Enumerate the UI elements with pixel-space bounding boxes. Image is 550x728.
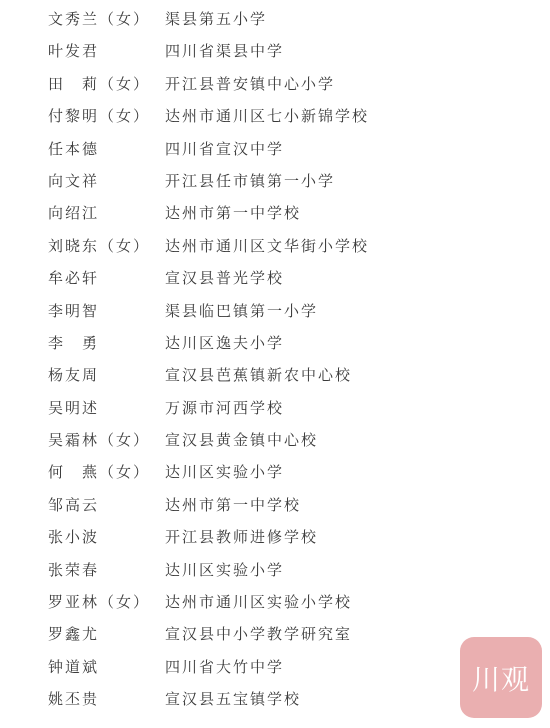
school-name: 达川区实验小学 <box>165 456 284 488</box>
person-name: 牟必轩 <box>48 262 99 294</box>
list-item: 文秀兰（女）渠县第五小学 <box>0 3 550 35</box>
person-name: 叶发君 <box>48 35 99 67</box>
list-item: 李明智渠县临巴镇第一小学 <box>0 295 550 327</box>
school-name: 达川区逸夫小学 <box>165 327 284 359</box>
list-item: 付黎明（女）达州市通川区七小新锦学校 <box>0 100 550 132</box>
person-name: 姚丕贵 <box>48 683 99 715</box>
school-name: 开江县任市镇第一小学 <box>165 165 335 197</box>
list-item: 罗亚林（女）达州市通川区实验小学校 <box>0 586 550 618</box>
person-name: 罗鑫尤 <box>48 618 99 650</box>
list-item: 杨友周宣汉县芭蕉镇新农中心校 <box>0 359 550 391</box>
school-name: 达州市第一中学校 <box>165 197 301 229</box>
person-name: 付黎明（女） <box>48 100 150 132</box>
school-name: 达川区实验小学 <box>165 554 284 586</box>
person-name: 任本德 <box>48 133 99 165</box>
person-name: 杨友周 <box>48 359 99 391</box>
list-item: 何 燕（女）达川区实验小学 <box>0 456 550 488</box>
person-name: 罗亚林（女） <box>48 586 150 618</box>
school-name: 达州市通川区文华街小学校 <box>165 230 369 262</box>
school-name: 宣汉县五宝镇学校 <box>165 683 301 715</box>
person-name: 吴霜林（女） <box>48 424 150 456</box>
person-name: 钟道斌 <box>48 651 99 683</box>
school-name: 四川省大竹中学 <box>165 651 284 683</box>
list-item: 向绍江达州市第一中学校 <box>0 197 550 229</box>
school-name: 宣汉县黄金镇中心校 <box>165 424 318 456</box>
person-name: 李明智 <box>48 295 99 327</box>
school-name: 万源市河西学校 <box>165 392 284 424</box>
person-name: 邹高云 <box>48 489 99 521</box>
school-name: 开江县教师进修学校 <box>165 521 318 553</box>
list-item: 任本德四川省宣汉中学 <box>0 133 550 165</box>
list-item: 吴霜林（女）宣汉县黄金镇中心校 <box>0 424 550 456</box>
list-item: 邹高云达州市第一中学校 <box>0 489 550 521</box>
school-name: 渠县临巴镇第一小学 <box>165 295 318 327</box>
watermark-text: 川观 <box>472 658 530 698</box>
school-name: 达州市通川区实验小学校 <box>165 586 352 618</box>
person-name: 李 勇 <box>48 327 99 359</box>
list-item: 牟必轩宣汉县普光学校 <box>0 262 550 294</box>
school-name: 开江县普安镇中心小学 <box>165 68 335 100</box>
list-item: 刘晓东（女）达州市通川区文华街小学校 <box>0 230 550 262</box>
person-name: 文秀兰（女） <box>48 3 150 35</box>
list-item: 李 勇达川区逸夫小学 <box>0 327 550 359</box>
person-name: 田 莉（女） <box>48 68 150 100</box>
list-item: 张荣春达川区实验小学 <box>0 554 550 586</box>
school-name: 宣汉县芭蕉镇新农中心校 <box>165 359 352 391</box>
person-name: 张小波 <box>48 521 99 553</box>
school-name: 达州市第一中学校 <box>165 489 301 521</box>
list-item: 向文祥开江县任市镇第一小学 <box>0 165 550 197</box>
person-name: 吴明述 <box>48 392 99 424</box>
list-item: 叶发君四川省渠县中学 <box>0 35 550 67</box>
name-list: 文秀兰（女）渠县第五小学 叶发君四川省渠县中学 田 莉（女）开江县普安镇中心小学… <box>0 3 550 716</box>
list-item: 吴明述万源市河西学校 <box>0 392 550 424</box>
school-name: 渠县第五小学 <box>165 3 267 35</box>
person-name: 向文祥 <box>48 165 99 197</box>
school-name: 宣汉县普光学校 <box>165 262 284 294</box>
list-item: 张小波开江县教师进修学校 <box>0 521 550 553</box>
school-name: 宣汉县中小学教学研究室 <box>165 618 352 650</box>
school-name: 四川省渠县中学 <box>165 35 284 67</box>
list-item: 田 莉（女）开江县普安镇中心小学 <box>0 68 550 100</box>
school-name: 四川省宣汉中学 <box>165 133 284 165</box>
person-name: 张荣春 <box>48 554 99 586</box>
person-name: 刘晓东（女） <box>48 230 150 262</box>
chuanguan-watermark-logo: 川观 <box>460 637 542 718</box>
school-name: 达州市通川区七小新锦学校 <box>165 100 369 132</box>
person-name: 何 燕（女） <box>48 456 150 488</box>
person-name: 向绍江 <box>48 197 99 229</box>
